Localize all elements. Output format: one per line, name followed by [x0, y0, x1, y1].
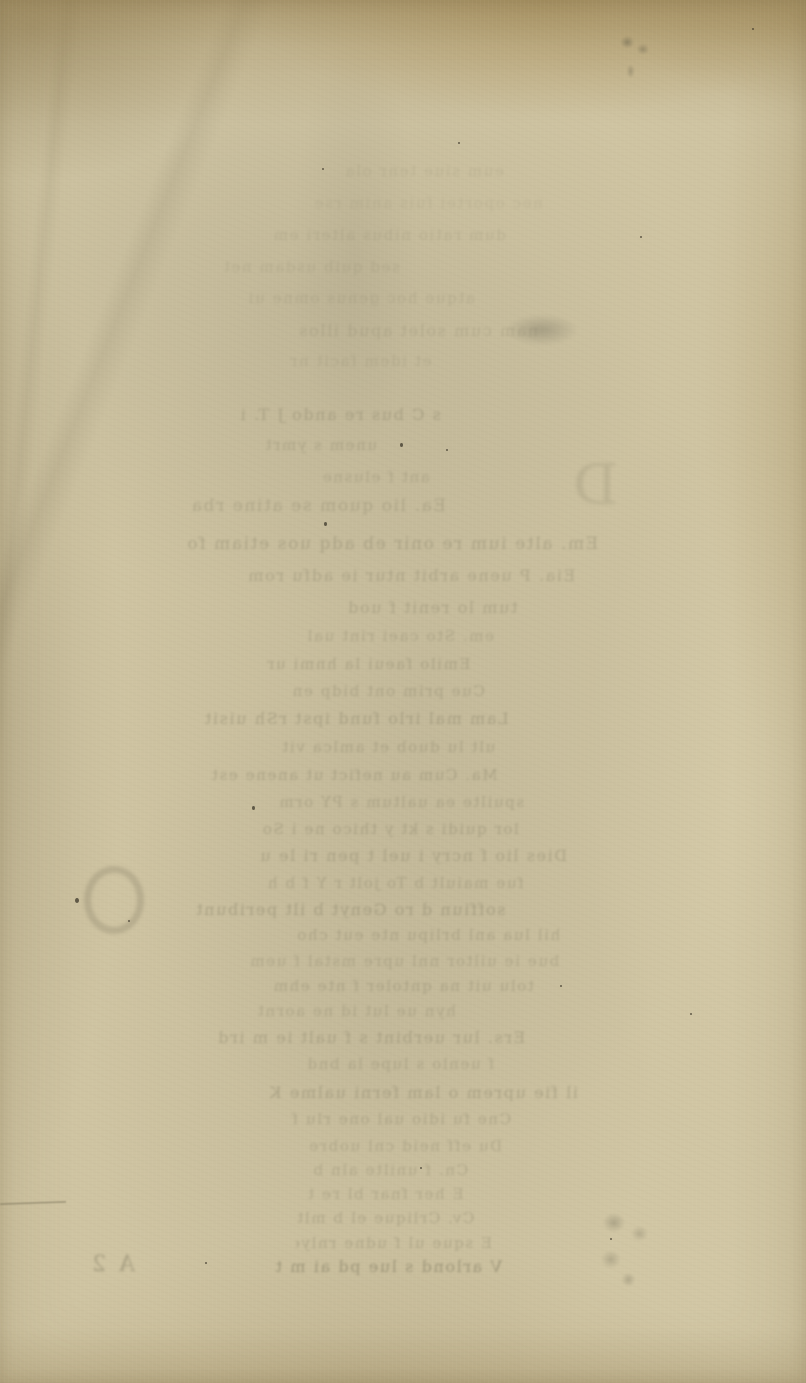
bleed-through-line: atque hoc genus omne ui: [232, 291, 490, 306]
bleed-through-line: V arlond s lue pd ai m t: [238, 1259, 538, 1275]
bleed-through-line: Cv. Crlique el b mlt: [288, 1211, 482, 1226]
bleed-through-line: sed quib usdam net: [200, 260, 422, 275]
bleed-through-line: unem s ymrt: [243, 438, 398, 453]
top-right-smudge: [606, 26, 662, 84]
bleed-through-line: s C bus re ando J T. i: [204, 407, 476, 423]
bleed-through-line: Du eff neid cnl uobre: [288, 1139, 522, 1154]
bleed-through-line: Cne fu idio ual one rlu f: [276, 1112, 526, 1127]
ink-speck: [640, 236, 642, 238]
bleed-through-line: Eia. P uene arbit ntur ie adfu rom: [166, 568, 656, 584]
bleed-through-line: eum siue tenr ola: [322, 164, 526, 179]
bleed-through-line: il fie uprem o lam ferni ualme K: [220, 1085, 626, 1101]
ink-speck: [400, 443, 403, 447]
bleed-through-line: hil lua anl brlipu nte eut cho: [254, 928, 602, 943]
ink-speck: [128, 920, 130, 922]
ink-speck: [252, 806, 255, 810]
bleed-through-line: Emilo faeui la hnmi ur: [234, 657, 502, 672]
bleed-through-line: nec oportei fuis anim rse: [296, 196, 560, 211]
bleed-through-line: Ma. Cum au nefict ut anene est: [186, 768, 522, 783]
bleed-through-line: lor quidi s kt y thico ne i So: [234, 822, 546, 837]
ink-speck: [446, 449, 448, 451]
ink-stain: [492, 308, 592, 352]
bleed-through-line: f uenlo s lupe la bnd: [298, 1057, 502, 1072]
bleed-through-line: tolu uit na qntoler f nte ehm: [254, 979, 552, 994]
bleed-through-line: E sque ul f udne rnlye: [296, 1236, 492, 1251]
ghost-initial-ring: [84, 866, 144, 934]
bleed-through-line: E her fnar bl re t: [298, 1187, 472, 1202]
ink-speck: [420, 1167, 422, 1169]
ink-speck: [752, 28, 754, 30]
bleed-through-line: dum ratio nibus alteri em: [258, 228, 520, 243]
bleed-through-line: Lam mal irlo fund ipst rSh uisit: [150, 711, 562, 727]
scratch-mark: [0, 1201, 66, 1205]
bleed-through-line: ult lu duob et amlca vit: [254, 740, 522, 755]
ink-speck: [324, 522, 327, 526]
ink-speck: [610, 1238, 612, 1240]
bleed-through-line: Cue prim ont bidp en: [244, 684, 532, 699]
ink-speck: [458, 142, 460, 144]
bleed-through-line: fue maiult b To jolt r Y f b h: [228, 876, 562, 891]
ink-speck: [560, 985, 562, 987]
bleed-through-line: spuilte ea ualtum s PY orm: [240, 795, 562, 810]
bleed-through-line: Dies lio f ncry i uel t pen ri le u: [184, 848, 642, 864]
bleed-through-line: hyn ue lut id ne aornt: [230, 1004, 482, 1019]
bleed-through-line: tum lo renit f uod: [298, 600, 566, 616]
ink-speck: [322, 168, 324, 170]
ink-speck: [75, 898, 79, 903]
book-page-scan: eum siue tenr olanec oportei fuis anim r…: [0, 0, 806, 1383]
bleed-through-line: em. Sto caei rint ual: [278, 629, 522, 644]
bleed-through-line: et idem facit nr: [276, 354, 444, 369]
bleed-through-line: bue ie uiltor nnl upre mstal f uem: [236, 954, 572, 969]
bleed-through-line: Ers. lur uerbint s f ualt ie m ird: [180, 1030, 562, 1046]
paper-texture: [0, 0, 806, 1383]
ghost-capital-letter: D: [508, 458, 618, 514]
ghost-signature-mark: A 2: [74, 1254, 150, 1276]
ink-speck: [205, 1262, 207, 1264]
bleed-through-line: Ea. lio quom se atine rba: [130, 498, 506, 515]
ink-speck: [690, 1013, 692, 1015]
bottom-right-smudge: [590, 1206, 670, 1298]
bleed-through-line: ant f elusne: [298, 470, 453, 485]
bleed-through-line: soffiun d ro Genyt b ilt peribunt: [178, 902, 522, 918]
bleed-through-line: Cn. f unilte aln b: [298, 1163, 482, 1178]
bleed-through-line: Em. alte ium re onir eb adq uos etiam fo: [106, 536, 678, 553]
